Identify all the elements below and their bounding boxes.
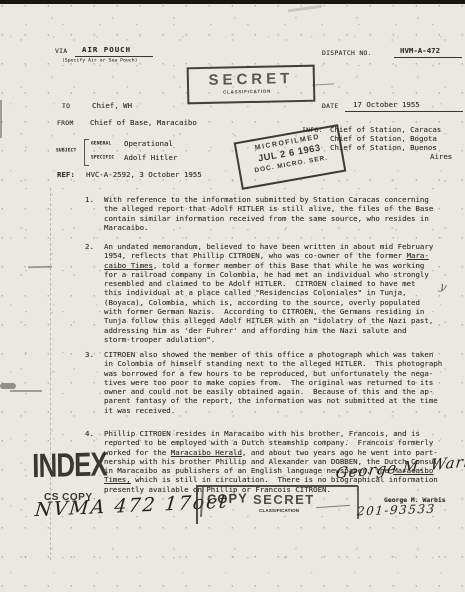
copy-stamp: COPY <box>207 490 248 506</box>
text-line: in Colombia of himself standing next to … <box>104 359 447 368</box>
paragraph-2: 2.An undated memorandum, believed to hav… <box>85 242 447 344</box>
info-line-bogota: Chief of Station, Bogota <box>330 134 437 143</box>
to-value: Chief, WH <box>92 101 132 110</box>
microfilmed-stamp: MICROFILMED JUL 2 6 1963 DOC. MICRO. SER… <box>234 124 347 190</box>
date-underline <box>345 111 463 112</box>
scan-edge-top <box>0 0 465 4</box>
scan-smudge <box>28 266 52 268</box>
ref-value: HVC-A-2592, 3 October 1955 <box>86 170 202 179</box>
text-line: worked for the Maracaibo Herald, and abo… <box>104 448 447 457</box>
subject-bracket <box>84 139 89 166</box>
paragraph-1: 1.With reference to the information subm… <box>85 195 447 232</box>
text-line: 1954, reflects that Phillip CITROEN, who… <box>104 251 447 260</box>
text-line: parent fantasy of the report, the inform… <box>104 396 447 405</box>
text-line: An undated memorandum, believed to have … <box>104 242 447 251</box>
text-line: caibo Times, told a former member of thi… <box>104 261 447 270</box>
date-label: DATE <box>322 102 339 110</box>
dispatch-underline <box>394 57 462 58</box>
text-line: Maracaibo. <box>104 223 447 232</box>
scan-smudge <box>0 100 2 138</box>
text-line: this individual at a place called "Resid… <box>104 288 447 297</box>
paragraph-3: 3.CITROEN also showed the member of this… <box>85 350 447 415</box>
via-value: AIR POUCH <box>82 45 131 54</box>
text-line: (Boyaca), Colombia, which is, according … <box>104 298 447 307</box>
from-label: FROM <box>57 119 74 127</box>
text-line: addressing him as 'der Fuhrer' and affor… <box>104 326 447 335</box>
via-underline <box>75 56 153 57</box>
dispatch-label: DISPATCH NO. <box>322 49 372 57</box>
subject-label: SUBJECT <box>56 148 76 153</box>
paragraph-text: CITROEN also showed the member of this o… <box>104 350 447 415</box>
text-line: resembled and claimed to be Adolf HITLER… <box>104 279 447 288</box>
stamp-dash <box>312 83 334 85</box>
from-value: Chief of Base, Maracaibo <box>90 118 197 127</box>
specific-label: SPECIFIC <box>91 155 114 160</box>
text-line: Tunja follow this alleged Adolf HITLER w… <box>104 316 447 325</box>
general-label: GENERAL <box>91 141 111 146</box>
ref-label: REF: <box>57 170 75 179</box>
paragraph-number: 3. <box>85 350 104 415</box>
text-line: with former German Nazis. According to C… <box>104 307 447 316</box>
text-line: tives were too poor to make copies from.… <box>104 378 447 387</box>
classification-stamp-subtext: CLASSIFICATION <box>223 89 268 95</box>
via-label: VIA <box>55 47 67 55</box>
to-label: TO <box>62 102 70 110</box>
secret-stamp-text: SECRET <box>189 70 313 90</box>
paragraph-text: An undated memorandum, believed to have … <box>104 242 447 344</box>
secret-classification-stamp: SECRET CLASSIFICATION <box>187 65 316 105</box>
via-subtext: (Specify Air or Sea Pouch) <box>62 58 138 63</box>
paragraph-number: 2. <box>85 242 104 344</box>
date-value: 17 October 1955 <box>353 100 420 109</box>
classification-label-bottom: CLASSIFICATION <box>259 508 299 513</box>
paragraph-number: 1. <box>85 195 104 232</box>
text-line: Phillip CITROEN resides in Maracaibo wit… <box>104 429 447 438</box>
text-line: it was received. <box>104 406 447 415</box>
text-line: CITROEN also showed the member of this o… <box>104 350 447 359</box>
scan-smudge <box>0 383 16 389</box>
info-line-caracas: Chief of Station, Caracas <box>330 125 441 134</box>
scan-streak <box>288 5 322 13</box>
text-line: owner and could not be easily obtained a… <box>104 387 447 396</box>
text-line: the alleged report that Adolf HITLER is … <box>104 204 447 213</box>
dispatch-number: HVM-A-472 <box>400 46 440 55</box>
text-line: contain similar information received fro… <box>104 214 447 223</box>
secret-stamp-bottom: SECRET <box>253 492 315 507</box>
scanned-document-page: y VIA AIR POUCH (Specify Air or Sea Pouc… <box>0 0 465 592</box>
text-line: was borrowed for a few hours to be repro… <box>104 369 447 378</box>
paragraph-text: With reference to the information submit… <box>104 195 447 232</box>
specific-value: Adolf Hitler <box>124 153 177 162</box>
general-value: Operational <box>124 139 173 148</box>
scan-smudge <box>10 390 42 392</box>
text-line: storm-trooper adulation". <box>104 335 447 344</box>
text-line: for a railroad company in Colombia, he h… <box>104 270 447 279</box>
info-line-aires: Aires <box>430 152 452 161</box>
text-line: With reference to the information submit… <box>104 195 447 204</box>
info-line-buenos: Chief of Station, Buenos <box>330 143 437 152</box>
index-stamp: INDEX <box>32 446 107 486</box>
text-line: reported to be employed with a Dutch ste… <box>104 438 447 447</box>
file-number-handwriting: 201-93533 <box>357 502 437 519</box>
